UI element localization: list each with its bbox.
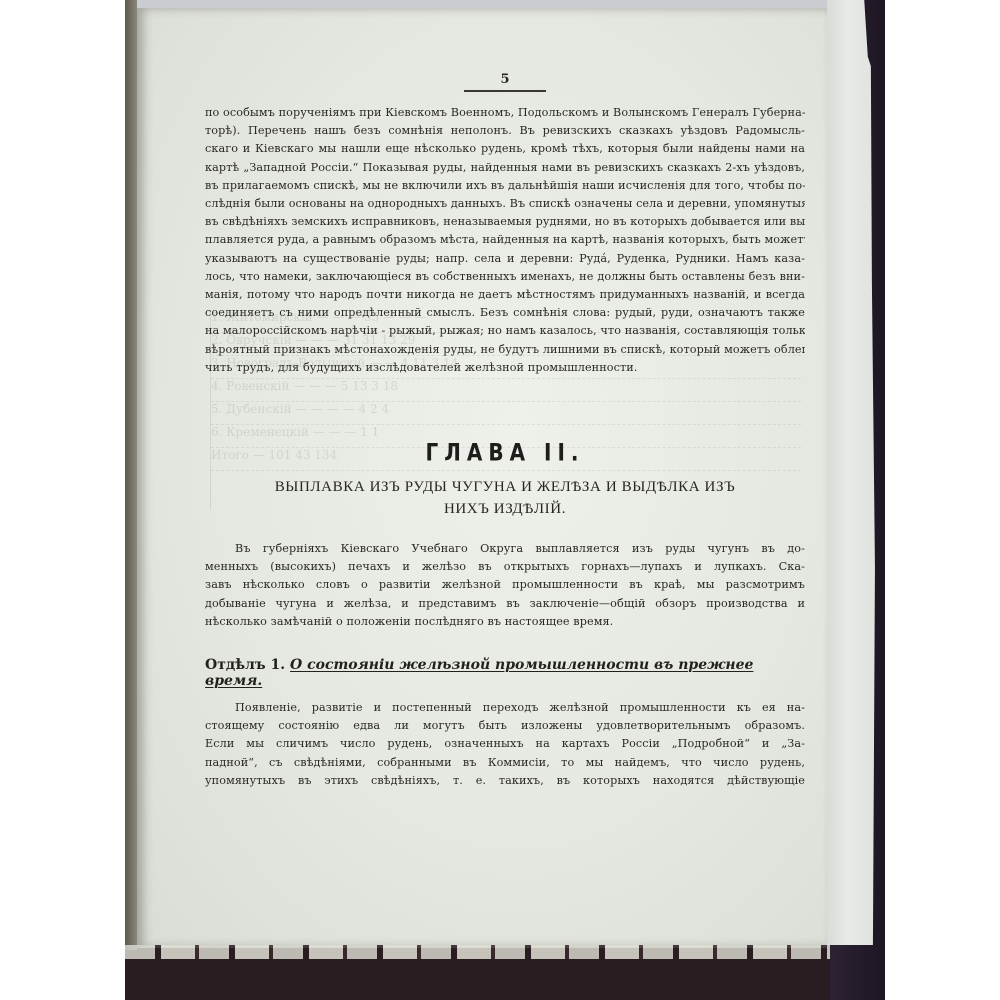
page-top-edge <box>137 0 827 8</box>
book-spine <box>125 0 137 950</box>
chapter-intro-paragraph: Въ губерніяхъ Кіевскаго Учебнаго Округа … <box>205 540 805 631</box>
page-content: 5 по особымъ порученіямъ при Кіевскомъ В… <box>205 72 805 790</box>
section-heading: Отдѣлъ 1. О состояніи желѣзной промышлен… <box>205 657 805 689</box>
chapter-subtitle: ВЫПЛАВКА ИЗЪ РУДЫ ЧУГУНА И ЖЕЛѢЗА И ВЫДѢ… <box>205 476 805 520</box>
torn-bottom-edge <box>125 945 830 959</box>
intro-paragraph: по особымъ порученіямъ при Кіевскомъ Вое… <box>205 104 805 377</box>
section-label: Отдѣлъ 1. <box>205 657 285 673</box>
section-paragraph: Появленіе, развитіе и постепенный перехо… <box>205 699 805 790</box>
page-stack-edge <box>826 0 877 945</box>
page-number-rule <box>464 90 546 92</box>
page-number: 5 <box>205 72 805 87</box>
chapter-title: ГЛАВА II. <box>205 438 805 467</box>
section-title: О состояніи желѣзной промышленности въ п… <box>205 657 753 689</box>
